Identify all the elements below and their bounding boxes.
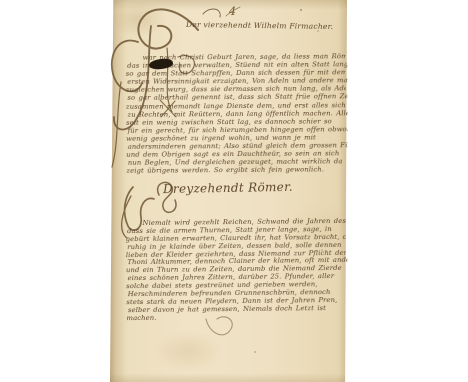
folio-number-mark: 4 (226, 5, 240, 18)
manuscript-line: ersten Widersinnigkait erzaigten, Von Ad… (127, 77, 347, 87)
manuscript-line: für ein gerecht, für sich hierumgeben hi… (128, 125, 348, 135)
manuscript-line: andersminderen genannt; Also stünd gleic… (128, 141, 348, 151)
manuscript-line: nun Beglen, Und dergleichen gezeuget, ma… (128, 157, 348, 167)
manuscript-line: so gar alberthail genennt ist, dass sich… (127, 93, 347, 103)
manuscript-photo: 4 Der vierzehendt Wilhelm Firmacher. war… (0, 0, 468, 382)
paragraph-block-2: Niemalt wird gezehlt Reichen, Schwand di… (125, 218, 346, 323)
manuscript-line: zu Rechten, mit Reüttern, dann lang öffe… (127, 109, 347, 119)
paragraph-block-1: war nach Christi Geburt Jaren, sage, da … (126, 52, 347, 175)
section-heading-2: Dreyzehendt Römer. (163, 180, 293, 196)
manuscript-line: zeigt übrigens werden. So ergibt sich fe… (126, 166, 346, 176)
